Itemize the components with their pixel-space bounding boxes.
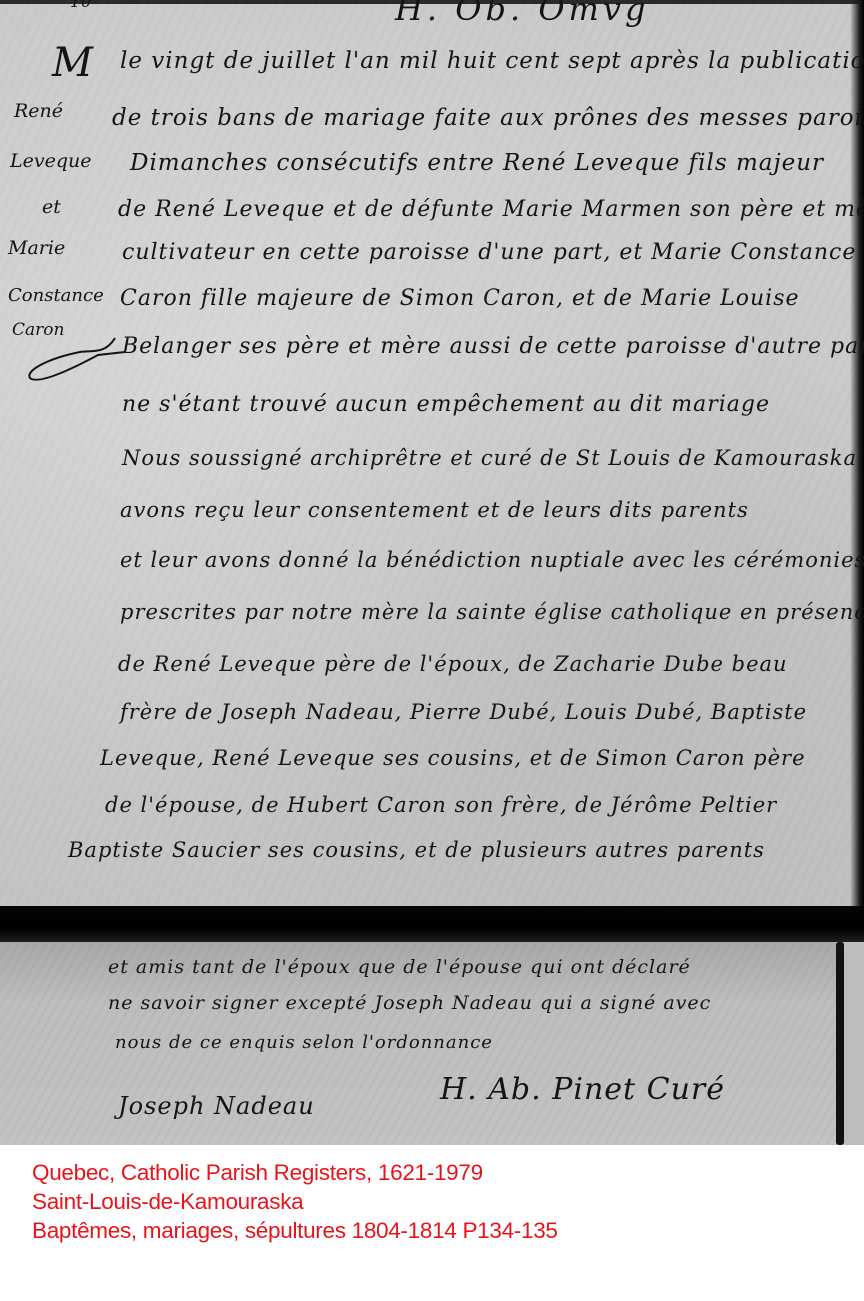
register-line-16: de l'épouse, de Hubert Caron son frère, … (105, 793, 777, 817)
register-scan-image: 10 H. Ob. Omvg M René Leveque et Marie C… (0, 0, 864, 1145)
register-line-12: prescrites par notre mère la sainte égli… (120, 600, 864, 624)
register-line-10: avons reçu leur consentement et de leurs… (120, 498, 749, 522)
register-line-9: Nous soussigné archiprêtre et curé de St… (122, 446, 857, 470)
margin-groom-surname: Leveque (10, 150, 91, 172)
witness-signature: Joseph Nadeau (118, 1092, 315, 1120)
margin-bride-middle-name: Constance (8, 285, 104, 306)
priest-signature: H. Ab. Pinet Curé (440, 1072, 725, 1107)
adjacent-page-strip (844, 942, 864, 1145)
header-fragment: H. Ob. Omvg (395, 0, 649, 28)
page-edge-line (836, 942, 844, 1145)
page-number-fragment: 10 (70, 0, 92, 11)
register-line-2: de trois bans de mariage faite aux prône… (112, 105, 864, 131)
register-line-20: nous de ce enquis selon l'ordonnance (115, 1032, 493, 1053)
register-line-8: ne s'étant trouvé aucun empêchement au d… (122, 392, 770, 417)
margin-conjunction: et (42, 196, 61, 218)
register-page-upper: 10 H. Ob. Omvg M René Leveque et Marie C… (0, 0, 864, 906)
margin-entry-marker: M (52, 40, 93, 86)
caption-parish: Saint-Louis-de-Kamouraska (32, 1187, 852, 1216)
register-line-3: Dimanches consécutifs entre René Leveque… (130, 150, 824, 176)
margin-bride-first-name: Marie (8, 237, 65, 259)
register-line-6: Caron fille majeure de Simon Caron, et d… (120, 286, 800, 311)
caption-collection: Quebec, Catholic Parish Registers, 1621-… (32, 1158, 852, 1187)
binding-gutter-band (0, 906, 864, 942)
margin-groom-first-name: René (14, 100, 63, 122)
register-line-13: de René Leveque père de l'époux, de Zach… (118, 652, 788, 676)
register-line-19: ne savoir signer excepté Joseph Nadeau q… (108, 992, 711, 1014)
register-page-lower: et amis tant de l'époux que de l'épouse … (0, 942, 864, 1145)
register-line-15: Leveque, René Leveque ses cousins, et de… (100, 746, 806, 770)
source-caption: Quebec, Catholic Parish Registers, 1621-… (32, 1158, 852, 1245)
register-line-18: et amis tant de l'époux que de l'épouse … (108, 956, 691, 978)
register-line-4: de René Leveque et de défunte Marie Marm… (118, 197, 864, 222)
register-line-17: Baptiste Saucier ses cousins, et de plus… (68, 838, 765, 862)
register-line-7: Belanger ses père et mère aussi de cette… (122, 334, 864, 359)
register-line-14: frère de Joseph Nadeau, Pierre Dubé, Lou… (120, 700, 807, 724)
caption-volume: Baptêmes, mariages, sépultures 1804-1814… (32, 1216, 852, 1245)
register-line-1: le vingt de juillet l'an mil huit cent s… (120, 48, 864, 74)
margin-flourish-icon (20, 330, 130, 390)
register-line-11: et leur avons donné la bénédiction nupti… (120, 548, 864, 572)
register-line-5: cultivateur en cette paroisse d'une part… (122, 240, 856, 265)
